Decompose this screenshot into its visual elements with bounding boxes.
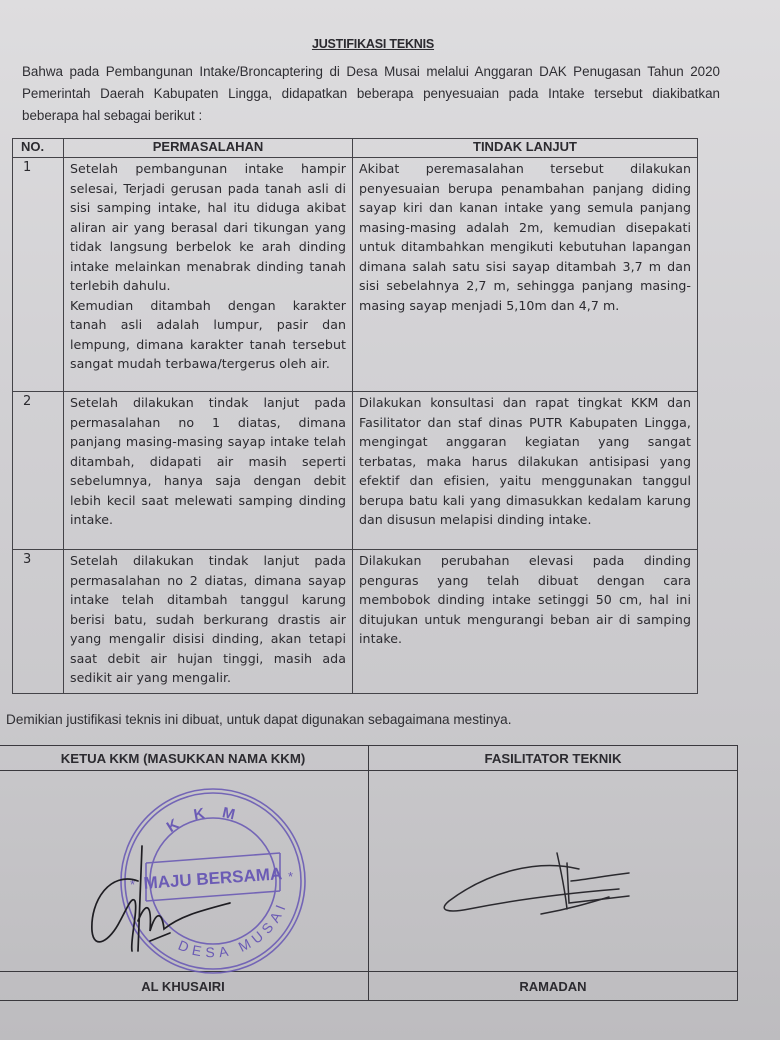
signature-table: KETUA KKM (MASUKKAN NAMA KKM) FASILITATO…	[0, 745, 738, 1001]
permasalahan-cell: Setelah pembangunan intake hampir selesa…	[64, 158, 353, 392]
table-row: 2 Setelah dilakukan tindak lanjut pada p…	[13, 392, 698, 550]
permasalahan-cell: Setelah dilakukan tindak lanjut pada per…	[64, 550, 353, 694]
signature-right-icon	[429, 851, 669, 931]
table-header-row: NO. PERMASALAHAN TINDAK LANJUT	[13, 139, 698, 158]
permasalahan-cell: Setelah dilakukan tindak lanjut pada per…	[64, 392, 353, 550]
svg-text:K K M: K K M	[164, 804, 243, 836]
tindak-lanjut-cell: Akibat peremasalahan tersebut dilakukan …	[353, 158, 698, 392]
tindak-lanjut-cell: Dilakukan perubahan elevasi pada dinding…	[353, 550, 698, 694]
tindak-lanjut-cell: Dilakukan konsultasi dan rapat tingkat K…	[353, 392, 698, 550]
permasalahan-text-2: Kemudian ditambah dengan karakter tanah …	[70, 296, 346, 374]
signatory-name-right: RAMADAN	[369, 972, 738, 1001]
justification-table: NO. PERMASALAHAN TINDAK LANJUT 1 Setelah…	[12, 138, 698, 694]
closing-statement: Demikian justifikasi teknis ini dibuat, …	[6, 712, 512, 727]
table-row: 3 Setelah dilakukan tindak lanjut pada p…	[13, 550, 698, 694]
document-title: JUSTIFIKASI TEKNIS	[0, 37, 746, 51]
header-no: NO.	[13, 139, 64, 158]
row-number: 2	[13, 392, 64, 550]
signature-area-left: K K M MAJU BERSAMA DESA MUSAI * *	[0, 771, 369, 972]
signature-area-right	[369, 771, 738, 972]
intro-paragraph: Bahwa pada Pembangunan Intake/Broncapter…	[22, 61, 720, 127]
row-number: 1	[13, 158, 64, 392]
row-number: 3	[13, 550, 64, 694]
signature-left-icon	[80, 841, 260, 961]
stamp-star-right: *	[288, 869, 293, 884]
permasalahan-text: Setelah pembangunan intake hampir selesa…	[70, 159, 346, 296]
stamp-top-text: K K M	[164, 804, 243, 836]
table-row: 1 Setelah pembangunan intake hampir sele…	[13, 158, 698, 392]
signatory-role-left: KETUA KKM (MASUKKAN NAMA KKM)	[0, 746, 369, 771]
header-permasalahan: PERMASALAHAN	[64, 139, 353, 158]
signatory-role-right: FASILITATOR TEKNIK	[369, 746, 738, 771]
header-tindak-lanjut: TINDAK LANJUT	[353, 139, 698, 158]
